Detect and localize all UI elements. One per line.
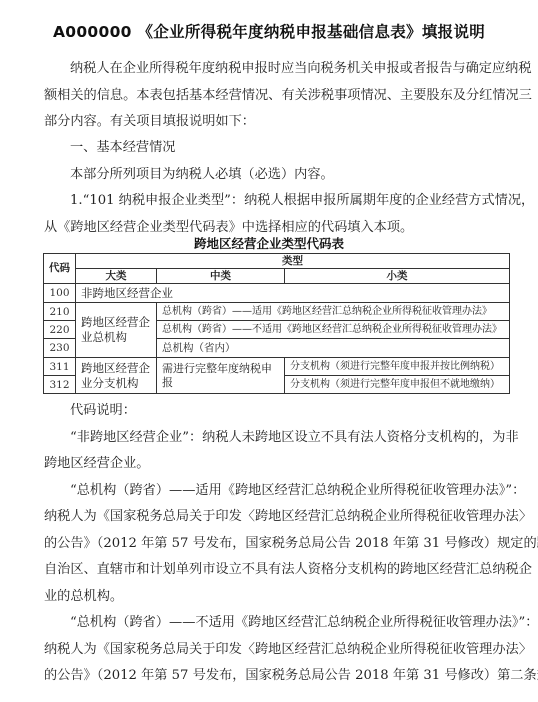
code-cell: 210: [44, 303, 76, 321]
note1-line: “非跨地区经营企业”：纳税人未跨地区设立不具有法人资格分支机构的，为非: [44, 425, 510, 452]
code-cell: 100: [44, 284, 76, 303]
header-mid: 中类: [157, 269, 285, 284]
note2-line: “总机构（跨省）——适用《跨地区经营汇总纳税企业所得税征收管理办法》”：: [44, 478, 510, 505]
code-cell: 220: [44, 321, 76, 339]
section1-note: 本部分所列项目为纳税人必填（必选）内容。: [44, 162, 510, 189]
note2-line: 自治区、直辖市和计划单列市设立不具有法人资格分支机构的跨地区经营汇总纳税企: [44, 557, 510, 584]
header-small: 小类: [285, 269, 510, 284]
header-big: 大类: [76, 269, 157, 284]
intro-line: 额相关的信息。本表包括基本经营情况、有关涉税事项情况、主要股东及分红情况三: [44, 83, 510, 110]
note1-line: 跨地区经营企业。: [44, 451, 510, 478]
note3-line: 纳税人为《国家税务总局关于印发〈跨地区经营汇总纳税企业所得税征收管理办法〉: [44, 637, 510, 664]
code-notes: 代码说明： “非跨地区经营企业”：纳税人未跨地区设立不具有法人资格分支机构的，为…: [44, 398, 510, 690]
table-row: 210 跨地区经营企业总机构 总机构（跨省）——适用《跨地区经营汇总纳税企业所得…: [44, 303, 510, 321]
code-cell: 230: [44, 339, 76, 358]
intro-line: 纳税人在企业所得税年度纳税申报时应当向税务机关申报或者报告与确定应纳税: [44, 56, 510, 83]
big-cell: 非跨地区经营企业: [76, 284, 510, 303]
intro-paragraph: 纳税人在企业所得税年度纳税申报时应当向税务机关申报或者报告与确定应纳税 额相关的…: [44, 56, 510, 136]
big-cell: 跨地区经营企业分支机构: [76, 358, 157, 394]
mid-cell: 需进行完整年度纳税申报: [157, 358, 285, 394]
small-cell: 分支机构（须进行完整年度申报并按比例纳税）: [285, 358, 510, 376]
note2-line: 的公告》（2012 年第 57 号发布，国家税务总局公告 2018 年第 31 …: [44, 531, 510, 558]
small-cell: 分支机构（须进行完整年度申报但不就地缴纳）: [285, 376, 510, 394]
table-caption: 跨地区经营企业类型代码表: [0, 234, 538, 252]
note2-line: 纳税人为《国家税务总局关于印发〈跨地区经营汇总纳税企业所得税征收管理办法〉: [44, 504, 510, 531]
mid-cell: 总机构（跨省）——适用《跨地区经营汇总纳税企业所得税征收管理办法》: [157, 303, 510, 321]
header-type: 类型: [76, 254, 510, 269]
code-cell: 311: [44, 358, 76, 376]
note3-line: “总机构（跨省）——不适用《跨地区经营汇总纳税企业所得税征收管理办法》”：: [44, 610, 510, 637]
table-row: 100 非跨地区经营企业: [44, 284, 510, 303]
code-note-heading: 代码说明：: [44, 398, 510, 425]
table-row: 311 跨地区经营企业分支机构 需进行完整年度纳税申报 分支机构（须进行完整年度…: [44, 358, 510, 376]
note2-line: 业的总机构。: [44, 584, 510, 611]
note3-line: 的公告》（2012 年第 57 号发布，国家税务总局公告 2018 年第 31 …: [44, 663, 510, 690]
enterprise-type-code-table: 代码 类型 大类 中类 小类 100 非跨地区经营企业 210 跨地区经营企业总…: [43, 253, 510, 394]
intro-line: 部分内容。有关项目填报说明如下：: [44, 109, 510, 136]
section1-heading: 一、基本经营情况: [44, 135, 510, 162]
code-cell: 312: [44, 376, 76, 394]
document-title: A000000 《企业所得税年度纳税申报基础信息表》填报说明: [0, 20, 538, 42]
item1-line: 1.“101 纳税申报企业类型”：纳税人根据申报所属期年度的企业经营方式情况，: [44, 188, 510, 215]
mid-cell: 总机构（省内）: [157, 339, 510, 358]
mid-cell: 总机构（跨省）——不适用《跨地区经营汇总纳税企业所得税征收管理办法》: [157, 321, 510, 339]
big-cell: 跨地区经营企业总机构: [76, 303, 157, 358]
header-code: 代码: [44, 254, 76, 284]
section1: 一、基本经营情况 本部分所列项目为纳税人必填（必选）内容。 1.“101 纳税申…: [44, 135, 510, 241]
